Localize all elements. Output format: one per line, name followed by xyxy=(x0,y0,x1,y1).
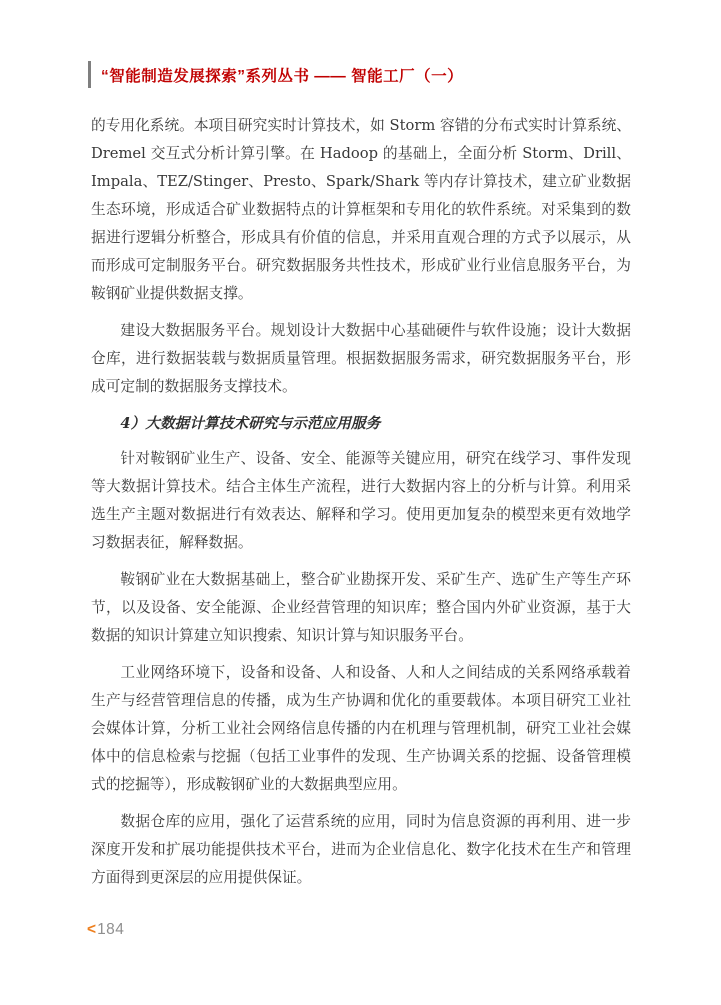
body-paragraph-knowledge-platform: 鞍钢矿业在大数据基础上，整合矿业勘探开发、采矿生产、选矿生产等生产环节，以及设备… xyxy=(91,566,631,650)
series-title: “智能制造发展探索”系列丛书 —— 智能工厂（一） xyxy=(101,64,463,86)
body-paragraph-continuation: 的专用化系统。本项目研究实时计算技术，如 Storm 容错的分布式实时计算系统、… xyxy=(91,112,631,308)
page-footer: <184 xyxy=(87,920,124,940)
body-paragraph-key-applications: 针对鞍钢矿业生产、设备、安全、能源等关键应用，研究在线学习、事件发现等大数据计算… xyxy=(91,445,631,557)
header-accent-bar xyxy=(88,61,91,88)
section-heading: 4）大数据计算技术研究与示范应用服务 xyxy=(91,410,631,438)
page-corner-arrow-icon: < xyxy=(87,921,96,938)
running-head: “智能制造发展探索”系列丛书 —— 智能工厂（一） xyxy=(88,61,463,88)
document-page: “智能制造发展探索”系列丛书 —— 智能工厂（一） 的专用化系统。本项目研究实时… xyxy=(0,0,721,1005)
body-paragraph-industrial-network: 工业网络环境下，设备和设备、人和设备、人和人之间结成的关系网络承载着生产与经营管… xyxy=(91,659,631,799)
page-body: 的专用化系统。本项目研究实时计算技术，如 Storm 容错的分布式实时计算系统、… xyxy=(91,112,631,901)
body-paragraph-big-data-platform: 建设大数据服务平台。规划设计大数据中心基础硬件与软件设施；设计大数据仓库，进行数… xyxy=(91,317,631,401)
body-paragraph-data-warehouse: 数据仓库的应用，强化了运营系统的应用，同时为信息资源的再利用、进一步深度开发和扩… xyxy=(91,808,631,892)
page-number: 184 xyxy=(97,921,124,938)
